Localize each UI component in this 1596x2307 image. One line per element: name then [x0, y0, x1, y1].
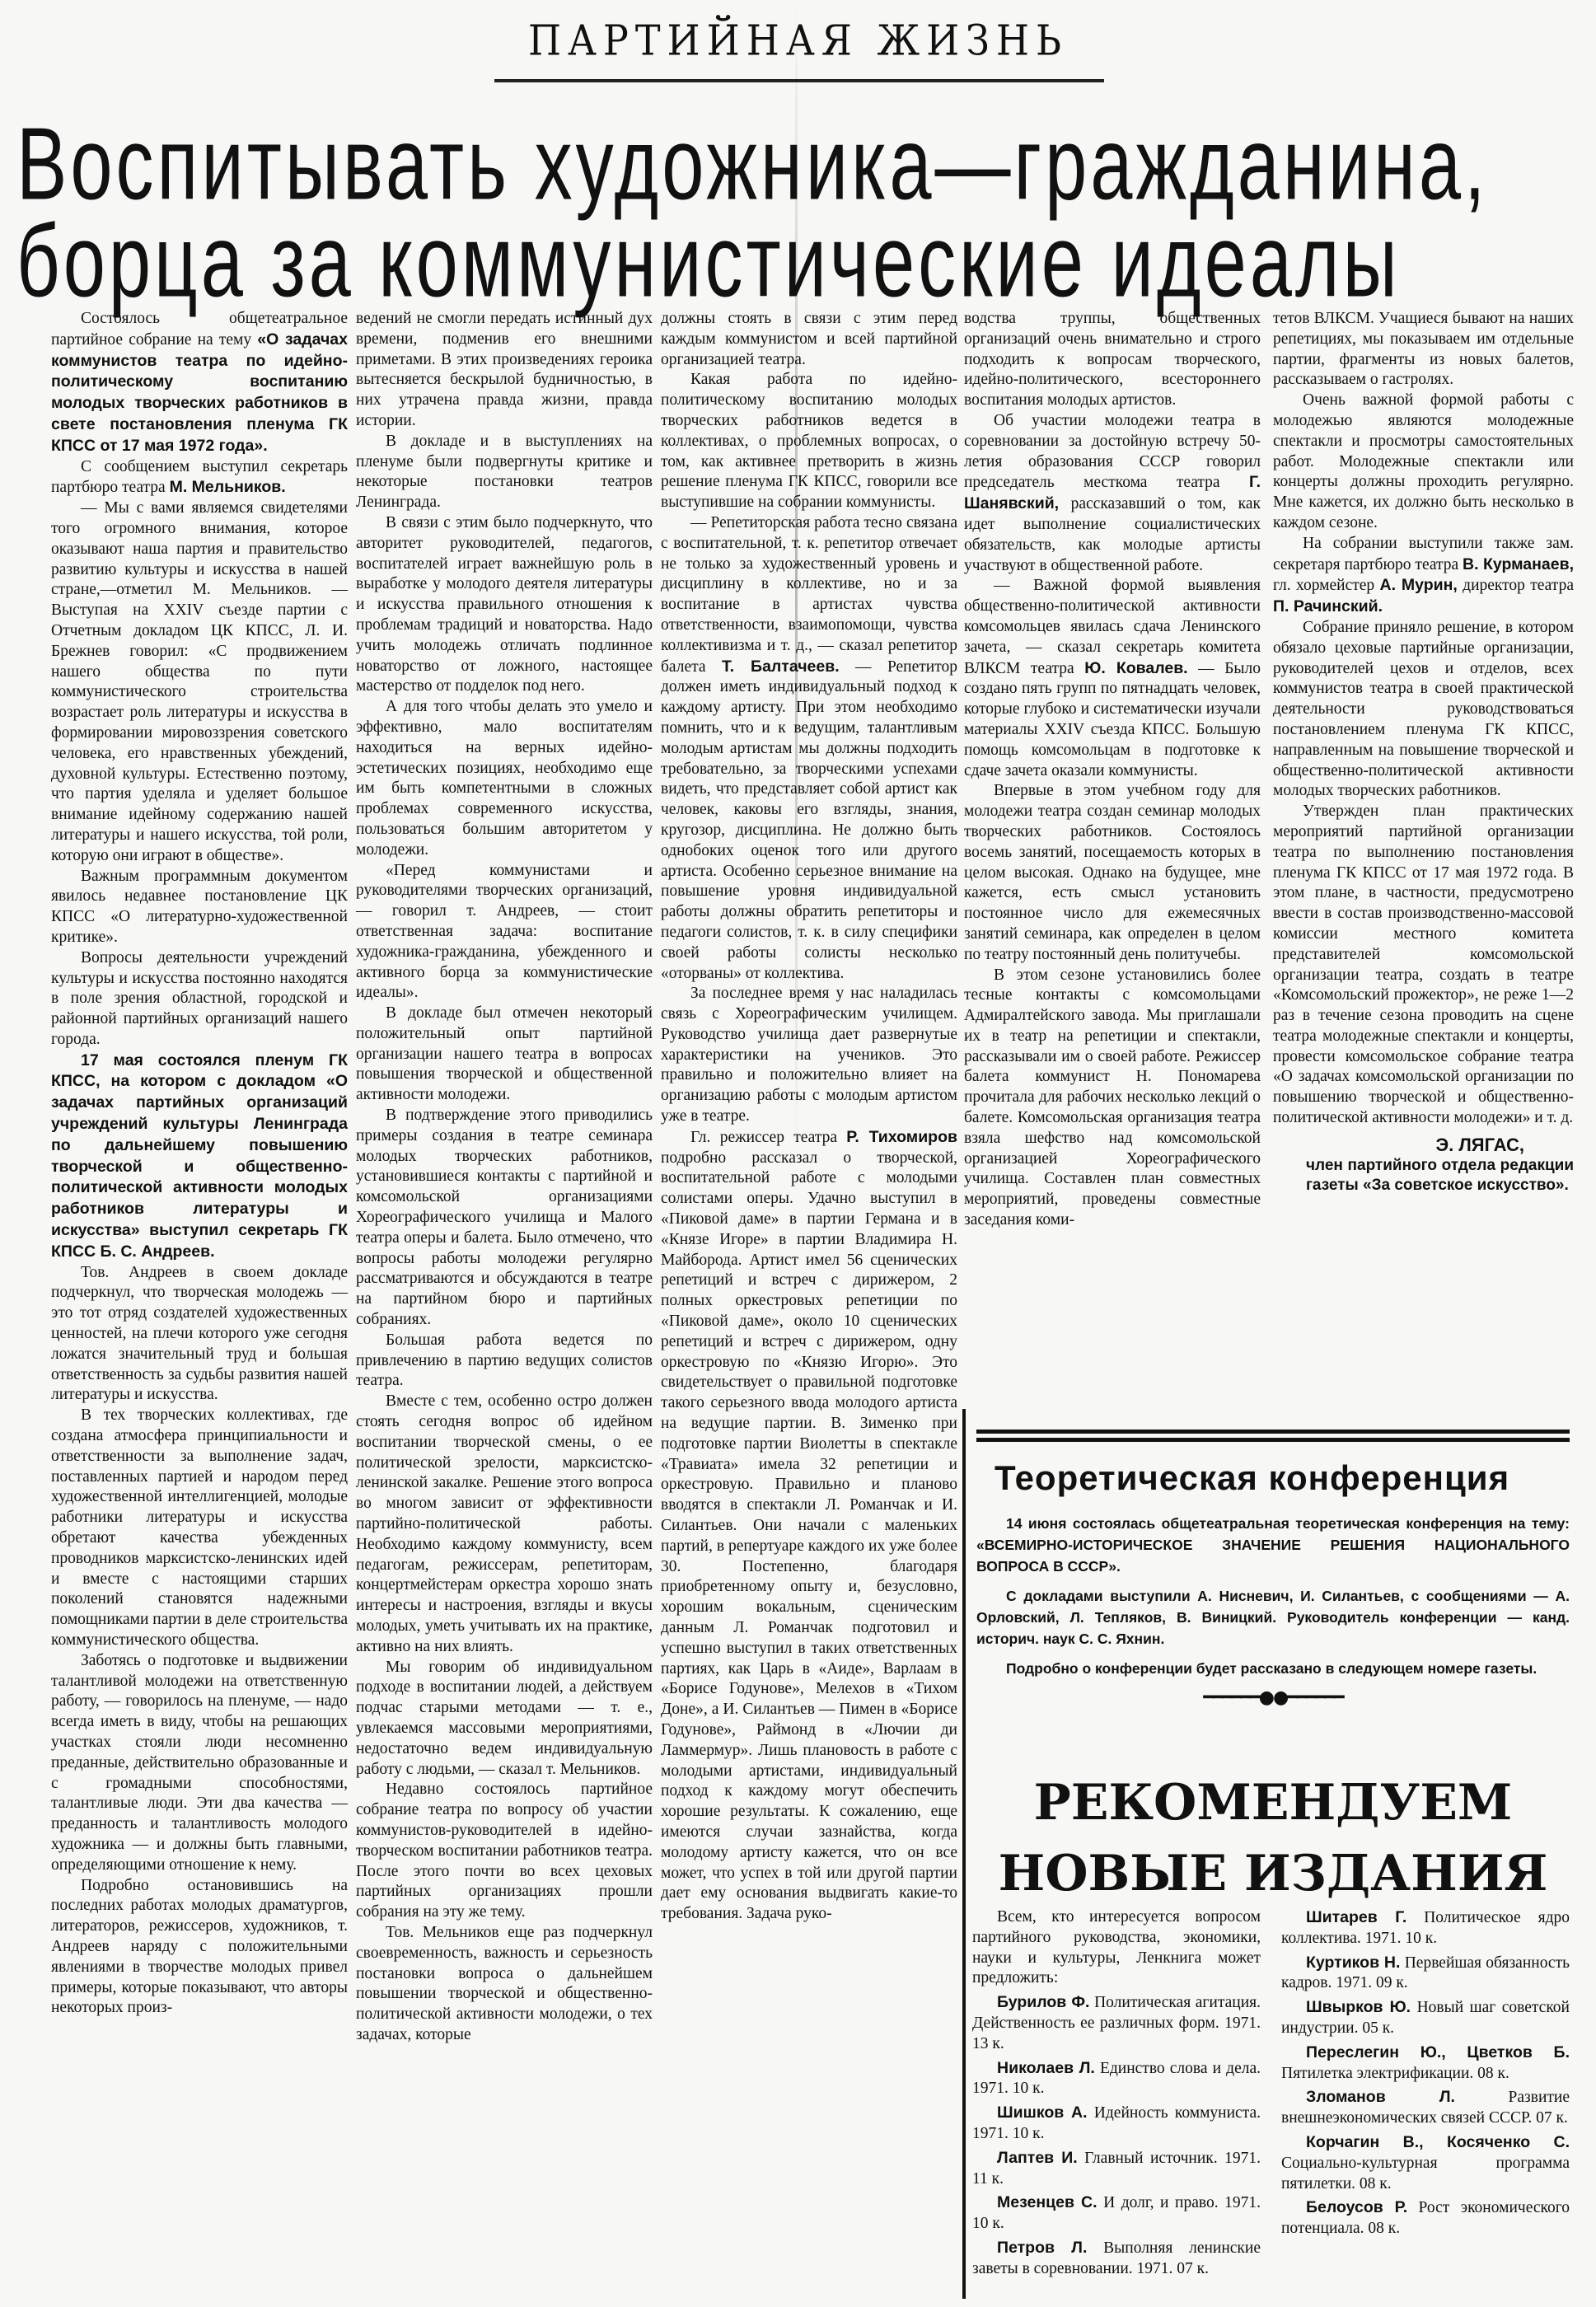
- article-paragraph: Собрание приняло решение, в котором обяз…: [1273, 618, 1574, 802]
- article-paragraph: Впервые в этом учебном году для молодежи…: [964, 781, 1261, 965]
- paragraph-text: — Репетиторская работа тесно связана с в…: [661, 514, 957, 676]
- paragraph-text: директор театра: [1458, 577, 1574, 594]
- book-list-left: Бурилов Ф. Политическая агитация. Действ…: [972, 1992, 1261, 2279]
- book-title-price: Социально-культурная программа пятилетки…: [1281, 2155, 1570, 2192]
- book-entry: Корчагин В., Косяченко С. Социально-куль…: [1281, 2132, 1570, 2194]
- book-list-right: Шитарев Г. Политическое ядро коллектива.…: [1281, 1907, 1570, 2239]
- book-entry: Бурилов Ф. Политическая агитация. Действ…: [972, 1992, 1261, 2054]
- paragraph-text: Тов. Андреев в своем докладе подчеркнул,…: [51, 1264, 348, 1404]
- article-paragraph: «Перед коммунистами и руководителями тво…: [356, 861, 653, 1004]
- book-author: Петров Л.: [997, 2239, 1087, 2257]
- conference-paragraph: Подробно о конференции будет рассказано …: [976, 1658, 1570, 1679]
- paragraph-text: Вместе с тем, особенно остро должен стоя…: [356, 1392, 653, 1655]
- rubric-text: ПАРТИЙНАЯ ЖИЗНЬ: [528, 16, 1068, 64]
- paragraph-text: Утвержден план практических мероприятий …: [1273, 803, 1574, 1126]
- article-headline: Воспитывать художника—гражданина, борца …: [16, 99, 1566, 293]
- book-author: Белоусов Р.: [1306, 2198, 1407, 2216]
- article-lead: Состоялось общетеатральное партийное соб…: [51, 309, 348, 457]
- article-paragraph: На собрании выступили также зам. секрета…: [1273, 534, 1574, 618]
- column-2-body: ведений не смогли передать истинный дух …: [356, 309, 653, 2046]
- article-paragraph: Важным программным документом явилось не…: [51, 867, 348, 948]
- book-entry: Петров Л. Выполняя ленинские заветы в со…: [972, 2238, 1261, 2280]
- paragraph-text: За последнее время у нас наладилась связ…: [661, 985, 957, 1125]
- book-entry: Переслегин Ю., Цветков Б. Пятилетка элек…: [1281, 2043, 1570, 2085]
- paragraph-text: должны стоять в связи с этим перед кажды…: [661, 310, 957, 368]
- book-author: Переслегин Ю., Цветков Б.: [1306, 2043, 1570, 2061]
- book-entry: Лаптев И. Главный источник. 1971. 11 к.: [972, 2148, 1261, 2190]
- book-title-price: Пятилетка электрификации. 08 к.: [1281, 2065, 1509, 2082]
- paragraph-text: ведений не смогли передать истинный дух …: [356, 310, 653, 429]
- article-paragraph: должны стоять в связи с этим перед кажды…: [661, 309, 957, 370]
- paragraph-text: А для того чтобы делать это умело и эффе…: [356, 698, 653, 859]
- article-paragraph: водства труппы, общественных организаций…: [964, 309, 1261, 411]
- article-paragraph: В докладе был отмечен некоторый положите…: [356, 1004, 653, 1106]
- paragraph-text: Заботясь о подготовке и выдвижении талан…: [51, 1652, 348, 1874]
- column-3-body: должны стоять в связи с этим перед кажды…: [661, 309, 957, 1925]
- recommend-title-line-2: НОВЫЕ ИЗДАНИЯ: [976, 1838, 1570, 1909]
- paragraph-text: водства труппы, общественных организаций…: [964, 310, 1261, 409]
- article-paragraph: — Важной формой выявления общественно-по…: [964, 576, 1261, 781]
- article-paragraph: В докладе и в выступлениях на пленуме бы…: [356, 432, 653, 513]
- conference-notice: Теоретическая конференция 14 июня состоя…: [976, 1458, 1570, 1708]
- column-4-body: водства труппы, общественных организаций…: [964, 309, 1261, 1231]
- article-column-5: тетов ВЛКСМ. Учащиеся бывают на наших ре…: [1273, 309, 1574, 1413]
- article-paragraph: Об участии молодежи театра в соревновани…: [964, 411, 1261, 576]
- recommend-list-left: Всем, кто интересуется вопросом партийно…: [972, 1907, 1261, 2283]
- paragraph-text: Об участии молодежи театра в соревновани…: [964, 412, 1261, 491]
- paragraph-text: В тех творческих коллективах, где создан…: [51, 1406, 348, 1649]
- recommend-intro: Всем, кто интересуется вопросом партийно…: [972, 1907, 1261, 1989]
- section-divider: [976, 1430, 1570, 1446]
- article-column-3: должны стоять в связи с этим перед кажды…: [661, 309, 957, 1925]
- ornament-divider: ━━━━━━●●━━━━━━: [976, 1687, 1570, 1708]
- article-paragraph: Заботясь о подготовке и выдвижении талан…: [51, 1651, 348, 1876]
- article-paragraph: 17 мая состоялся пленум ГК КПСС, на кото…: [51, 1051, 348, 1263]
- book-entry: Куртиков Н. Первейшая обязанность кадров…: [1281, 1953, 1570, 1995]
- paragraph-text: Впервые в этом учебном году для молодежи…: [964, 782, 1261, 962]
- paragraph-text: Тов. Мельников еще раз подчеркнул своевр…: [356, 1924, 653, 2043]
- book-entry: Белоусов Р. Рост экономического потенциа…: [1281, 2197, 1570, 2239]
- bold-name: В. Курманаев,: [1463, 555, 1574, 573]
- article-paragraph: В тех творческих коллективах, где создан…: [51, 1406, 348, 1651]
- paragraph-text: В докладе и в выступлениях на пленуме бы…: [356, 433, 653, 511]
- article-paragraph: В этом сезоне установились более тесные …: [964, 966, 1261, 1231]
- article-paragraph: Вопросы деятельности учреждений культуры…: [51, 948, 348, 1051]
- book-author: Николаев Л.: [997, 2059, 1095, 2077]
- paragraph-text: — Репетитор должен иметь индивидуальный …: [661, 658, 957, 982]
- book-entry: Зломанов Л. Развитие внешнеэкономических…: [1281, 2087, 1570, 2129]
- author-signature: Э. ЛЯГАС,: [1273, 1135, 1574, 1156]
- article-column-4: водства труппы, общественных организаций…: [964, 309, 1261, 1413]
- book-author: Мезенцев С.: [997, 2193, 1098, 2211]
- article-paragraph: В связи с этим было подчеркнуто, что авт…: [356, 513, 653, 697]
- lead-topic: «О задачах коммунистов театра по идейно-…: [51, 330, 348, 455]
- article-paragraph: В подтверждение этого приводились пример…: [356, 1106, 653, 1331]
- paragraph-text: Собрание приняло решение, в котором обяз…: [1273, 619, 1574, 799]
- article-paragraph: Гл. режиссер театра Р. Тихомиров подробн…: [661, 1127, 957, 1925]
- section-rubric: ПАРТИЙНАЯ ЖИЗНЬ: [0, 18, 1596, 63]
- book-entry: Шишков А. Идейность коммуниста. 1971. 10…: [972, 2103, 1261, 2145]
- column-1-body: С сообщением выступил секретарь партбюро…: [51, 457, 348, 2019]
- rubric-underline: [494, 79, 1104, 82]
- article-paragraph: За последнее время у нас наладилась связ…: [661, 984, 957, 1127]
- bold-name: П. Рачинский.: [1273, 597, 1383, 615]
- paragraph-text: Гл. режиссер театра: [690, 1129, 846, 1146]
- article-column-1: Состоялось общетеатральное партийное соб…: [51, 309, 348, 2019]
- article-paragraph: — Мы с вами являемся свидетелями того ог…: [51, 498, 348, 866]
- article-paragraph: Мы говорим об индивидуальном подходе в в…: [356, 1658, 653, 1781]
- paragraph-text: подробно рассказал о творческой, воспита…: [661, 1149, 957, 1922]
- paragraph-text: Важным программным документом явилось не…: [51, 868, 348, 946]
- paragraph-text: В связи с этим было подчеркнуто, что авт…: [356, 514, 653, 695]
- paragraph-text: В подтверждение этого приводились пример…: [356, 1107, 653, 1328]
- column-divider: [962, 1409, 966, 2299]
- bold-name: Ю. Ковалев.: [1084, 659, 1187, 677]
- column-5-body: тетов ВЛКСМ. Учащиеся бывают на наших ре…: [1273, 309, 1574, 1129]
- paragraph-text: — Было создано пять групп по пятнадцать …: [964, 660, 1261, 779]
- paragraph-text: Очень важной формой работы с молодежью я…: [1273, 391, 1574, 531]
- book-entry: Швырков Ю. Новый шаг советской индустрии…: [1281, 1997, 1570, 2039]
- headline-line-2: борца за коммунистические идеалы: [16, 196, 1566, 327]
- book-author: Шитарев Г.: [1306, 1908, 1406, 1926]
- book-entry: Шитарев Г. Политическое ядро коллектива.…: [1281, 1907, 1570, 1949]
- bold-name: А. Мурин,: [1380, 576, 1458, 594]
- article-paragraph: тетов ВЛКСМ. Учащиеся бывают на наших ре…: [1273, 309, 1574, 391]
- article-paragraph: — Репетиторская работа тесно связана с в…: [661, 513, 957, 984]
- book-author: Корчагин В., Косяченко С.: [1306, 2133, 1570, 2151]
- article-paragraph: Вместе с тем, особенно остро должен стоя…: [356, 1392, 653, 1657]
- book-author: Швырков Ю.: [1306, 1998, 1411, 2016]
- paragraph-text: тетов ВЛКСМ. Учащиеся бывают на наших ре…: [1273, 310, 1574, 388]
- paragraph-text: В этом сезоне установились более тесные …: [964, 966, 1261, 1229]
- article-paragraph: Большая работа ведется по привлечению в …: [356, 1331, 653, 1392]
- paragraph-text: Недавно состоялось партийное собрание те…: [356, 1781, 653, 1921]
- paragraph-text: В докладе был отмечен некоторый положите…: [356, 1004, 653, 1103]
- paragraph-text: гл. хормейстер: [1273, 577, 1380, 594]
- bold-name: Р. Тихомиров: [846, 1128, 957, 1146]
- paragraph-text: Какая работа по идейно-политическому вос…: [661, 371, 957, 511]
- paragraph-text: Большая работа ведется по привлечению в …: [356, 1331, 653, 1390]
- recommend-title-line-1: РЕКОМЕНДУЕМ: [976, 1767, 1570, 1838]
- conference-paragraph: С докладами выступили А. Нисневич, И. Си…: [976, 1585, 1570, 1650]
- article-paragraph: Тов. Андреев в своем докладе подчеркнул,…: [51, 1263, 348, 1406]
- paragraph-text: Вопросы деятельности учреждений культуры…: [51, 949, 348, 1048]
- article-paragraph: С сообщением выступил секретарь партбюро…: [51, 457, 348, 499]
- book-author: Шишков А.: [997, 2103, 1088, 2122]
- article-paragraph: Недавно состоялось партийное собрание те…: [356, 1780, 653, 1923]
- bold-name: Т. Балтачеев.: [722, 657, 840, 676]
- conference-paragraph: 14 июня состоялась общетеатральная теоре…: [976, 1513, 1570, 1577]
- paragraph-text: — Мы с вами являемся свидетелями того ог…: [51, 499, 348, 864]
- article-paragraph: Какая работа по идейно-политическому вос…: [661, 370, 957, 513]
- paragraph-text: «Перед коммунистами и руководителями тво…: [356, 862, 653, 1002]
- book-entry: Николаев Л. Единство слова и дела. 1971.…: [972, 2058, 1261, 2100]
- bold-name: М. Мельников.: [170, 478, 286, 496]
- article-paragraph: ведений не смогли передать истинный дух …: [356, 309, 653, 432]
- recommend-list-right: Шитарев Г. Политическое ядро коллектива.…: [1281, 1907, 1570, 2243]
- article-paragraph: Утвержден план практических мероприятий …: [1273, 802, 1574, 1129]
- book-author: Лаптев И.: [997, 2149, 1078, 2167]
- article-paragraph: Тов. Мельников еще раз подчеркнул своевр…: [356, 1923, 653, 2046]
- article-paragraph: А для того чтобы делать это умело и эффе…: [356, 697, 653, 860]
- article-paragraph: Очень важной формой работы с молодежью я…: [1273, 391, 1574, 534]
- article-column-2: ведений не смогли передать истинный дух …: [356, 309, 653, 2046]
- paragraph-text: Мы говорим об индивидуальном подходе в в…: [356, 1659, 653, 1778]
- paragraph-text: Подробно остановившись на последних рабо…: [51, 1877, 348, 2017]
- article-paragraph: Подробно остановившись на последних рабо…: [51, 1876, 348, 2019]
- book-entry: Мезенцев С. И долг, и право. 1971. 10 к.: [972, 2192, 1261, 2234]
- book-author: Бурилов Ф.: [997, 1993, 1089, 2011]
- recommend-heading: РЕКОМЕНДУЕМ НОВЫЕ ИЗДАНИЯ: [976, 1767, 1570, 1909]
- author-title: член партийного отдела редакции газеты «…: [1273, 1156, 1574, 1196]
- book-author: Куртиков Н.: [1306, 1954, 1400, 1972]
- bold-name: 17 мая состоялся пленум ГК КПСС, на кото…: [51, 1051, 348, 1261]
- conference-title: Теоретическая конференция: [995, 1458, 1570, 1498]
- book-author: Зломанов Л.: [1306, 2088, 1455, 2106]
